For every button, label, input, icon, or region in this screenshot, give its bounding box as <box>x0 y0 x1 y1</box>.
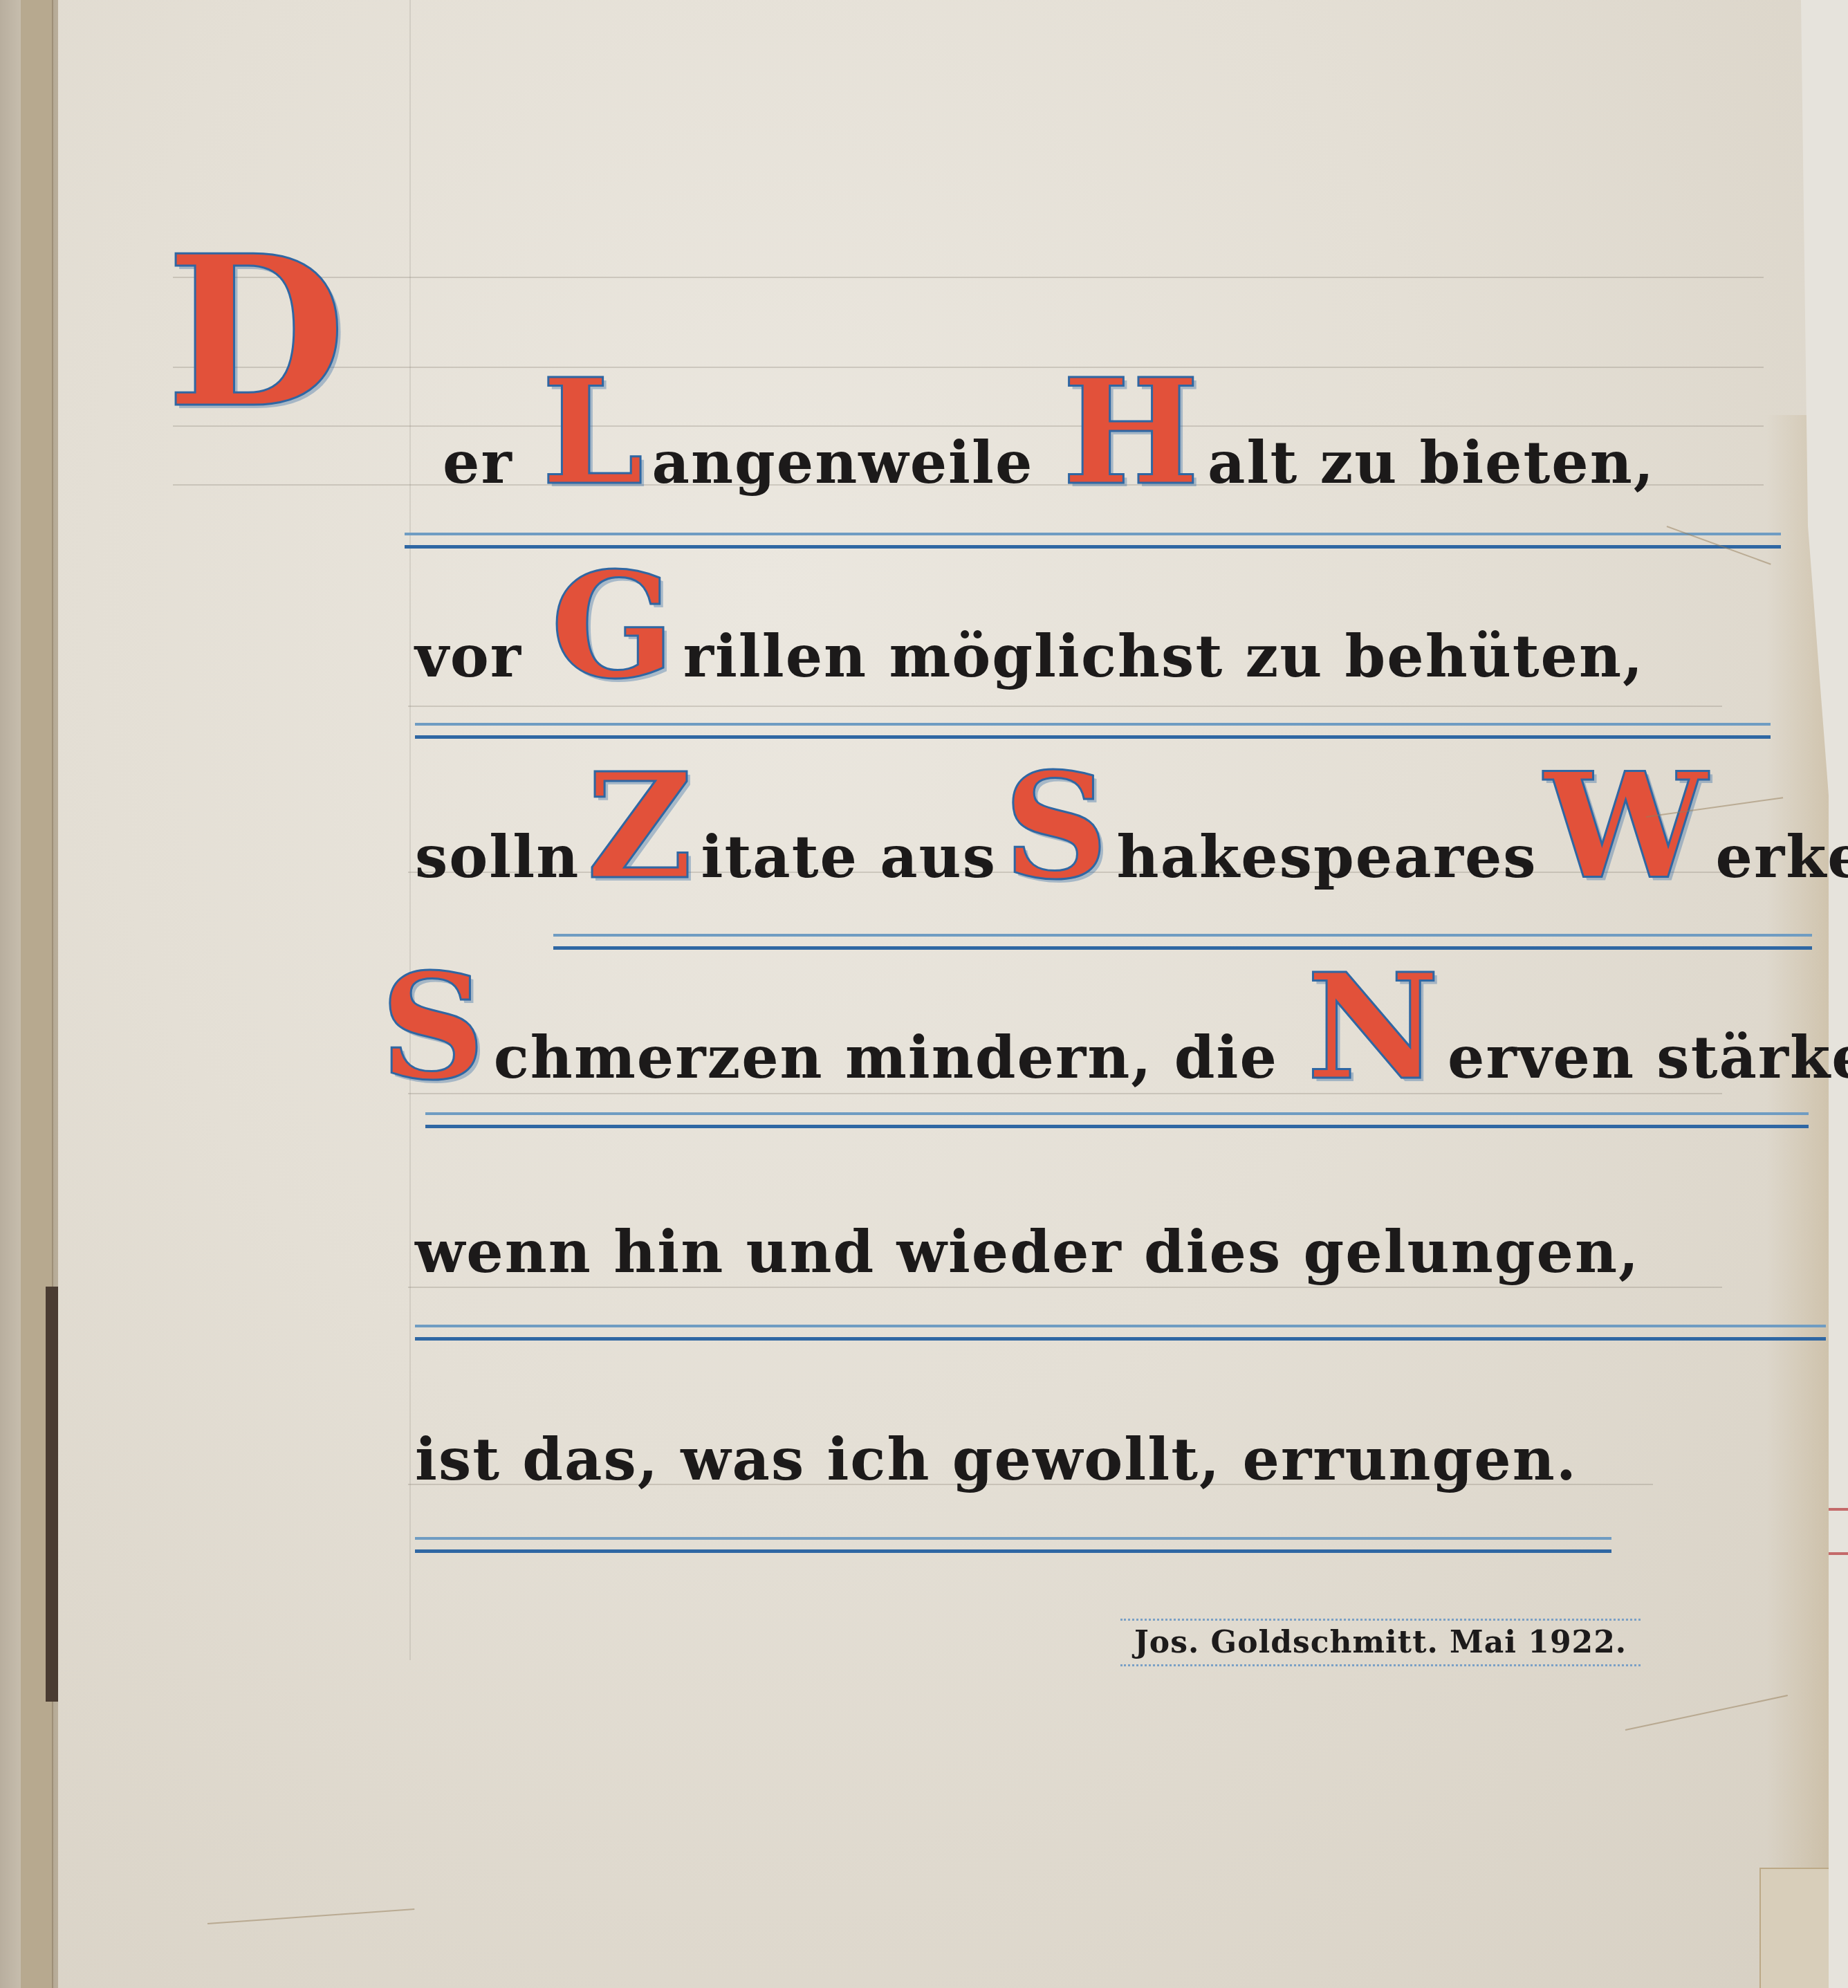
verse-text: er <box>443 428 513 497</box>
faint-ruling <box>408 1287 1722 1288</box>
verse-line-1: er Langenweile Halt zu bieten, <box>443 360 1655 505</box>
verse-text: ist das, was ich gewollt, errungen. <box>415 1425 1578 1493</box>
verse-line-2: vor Grillen möglichst zu behüten, <box>415 553 1644 699</box>
illuminated-initial-z: Z <box>586 754 694 899</box>
blue-double-rule <box>415 1325 1826 1341</box>
illuminated-initial-g: G <box>551 553 676 699</box>
verse-text: angenweile <box>652 428 1034 497</box>
verse-text: hakespeares <box>1117 822 1537 891</box>
verse-line-5: wenn hin und wieder dies gelungen, <box>415 1217 1640 1286</box>
verse-text: alt zu bieten, <box>1208 428 1655 497</box>
faint-ruling <box>173 277 1764 278</box>
illuminated-initial-s: S <box>380 955 487 1100</box>
underlying-page-ornament <box>1826 1508 1848 1555</box>
illuminated-initial-n: N <box>1306 955 1441 1100</box>
signature: Jos. Goldschmitt. Mai 1922. <box>1120 1619 1641 1666</box>
verse-line-4: Schmerzen mindern, die Nerven stärken, <box>373 955 1848 1100</box>
verse-text: solln <box>415 822 580 891</box>
illuminated-initial-s: S <box>1004 754 1110 899</box>
illuminated-initial-d: D <box>166 228 346 436</box>
margin-ruling <box>409 0 411 1660</box>
blue-double-rule <box>415 1537 1611 1553</box>
blue-double-rule <box>415 723 1771 739</box>
verse-text: erven stärken, <box>1448 1023 1848 1092</box>
verse-line-6: ist das, was ich gewollt, errungen. <box>415 1425 1578 1493</box>
verse-text: wenn hin und wieder dies gelungen, <box>415 1217 1640 1286</box>
verse-text: itate aus <box>701 822 997 891</box>
illuminated-initial-h: H <box>1062 360 1201 505</box>
verse-text: erken <box>1715 822 1848 891</box>
blue-double-rule <box>553 934 1812 950</box>
blue-double-rule <box>425 1112 1809 1128</box>
illuminated-initial-l: L <box>542 360 645 505</box>
verse-text: chmerzen mindern, die <box>494 1023 1278 1092</box>
verse-text: rillen möglichst zu behüten, <box>683 622 1645 690</box>
verse-line-3: sollnZitate ausShakespearesWerken <box>415 754 1848 899</box>
verse-text: vor <box>415 622 522 690</box>
illuminated-initial-w: W <box>1544 754 1709 899</box>
